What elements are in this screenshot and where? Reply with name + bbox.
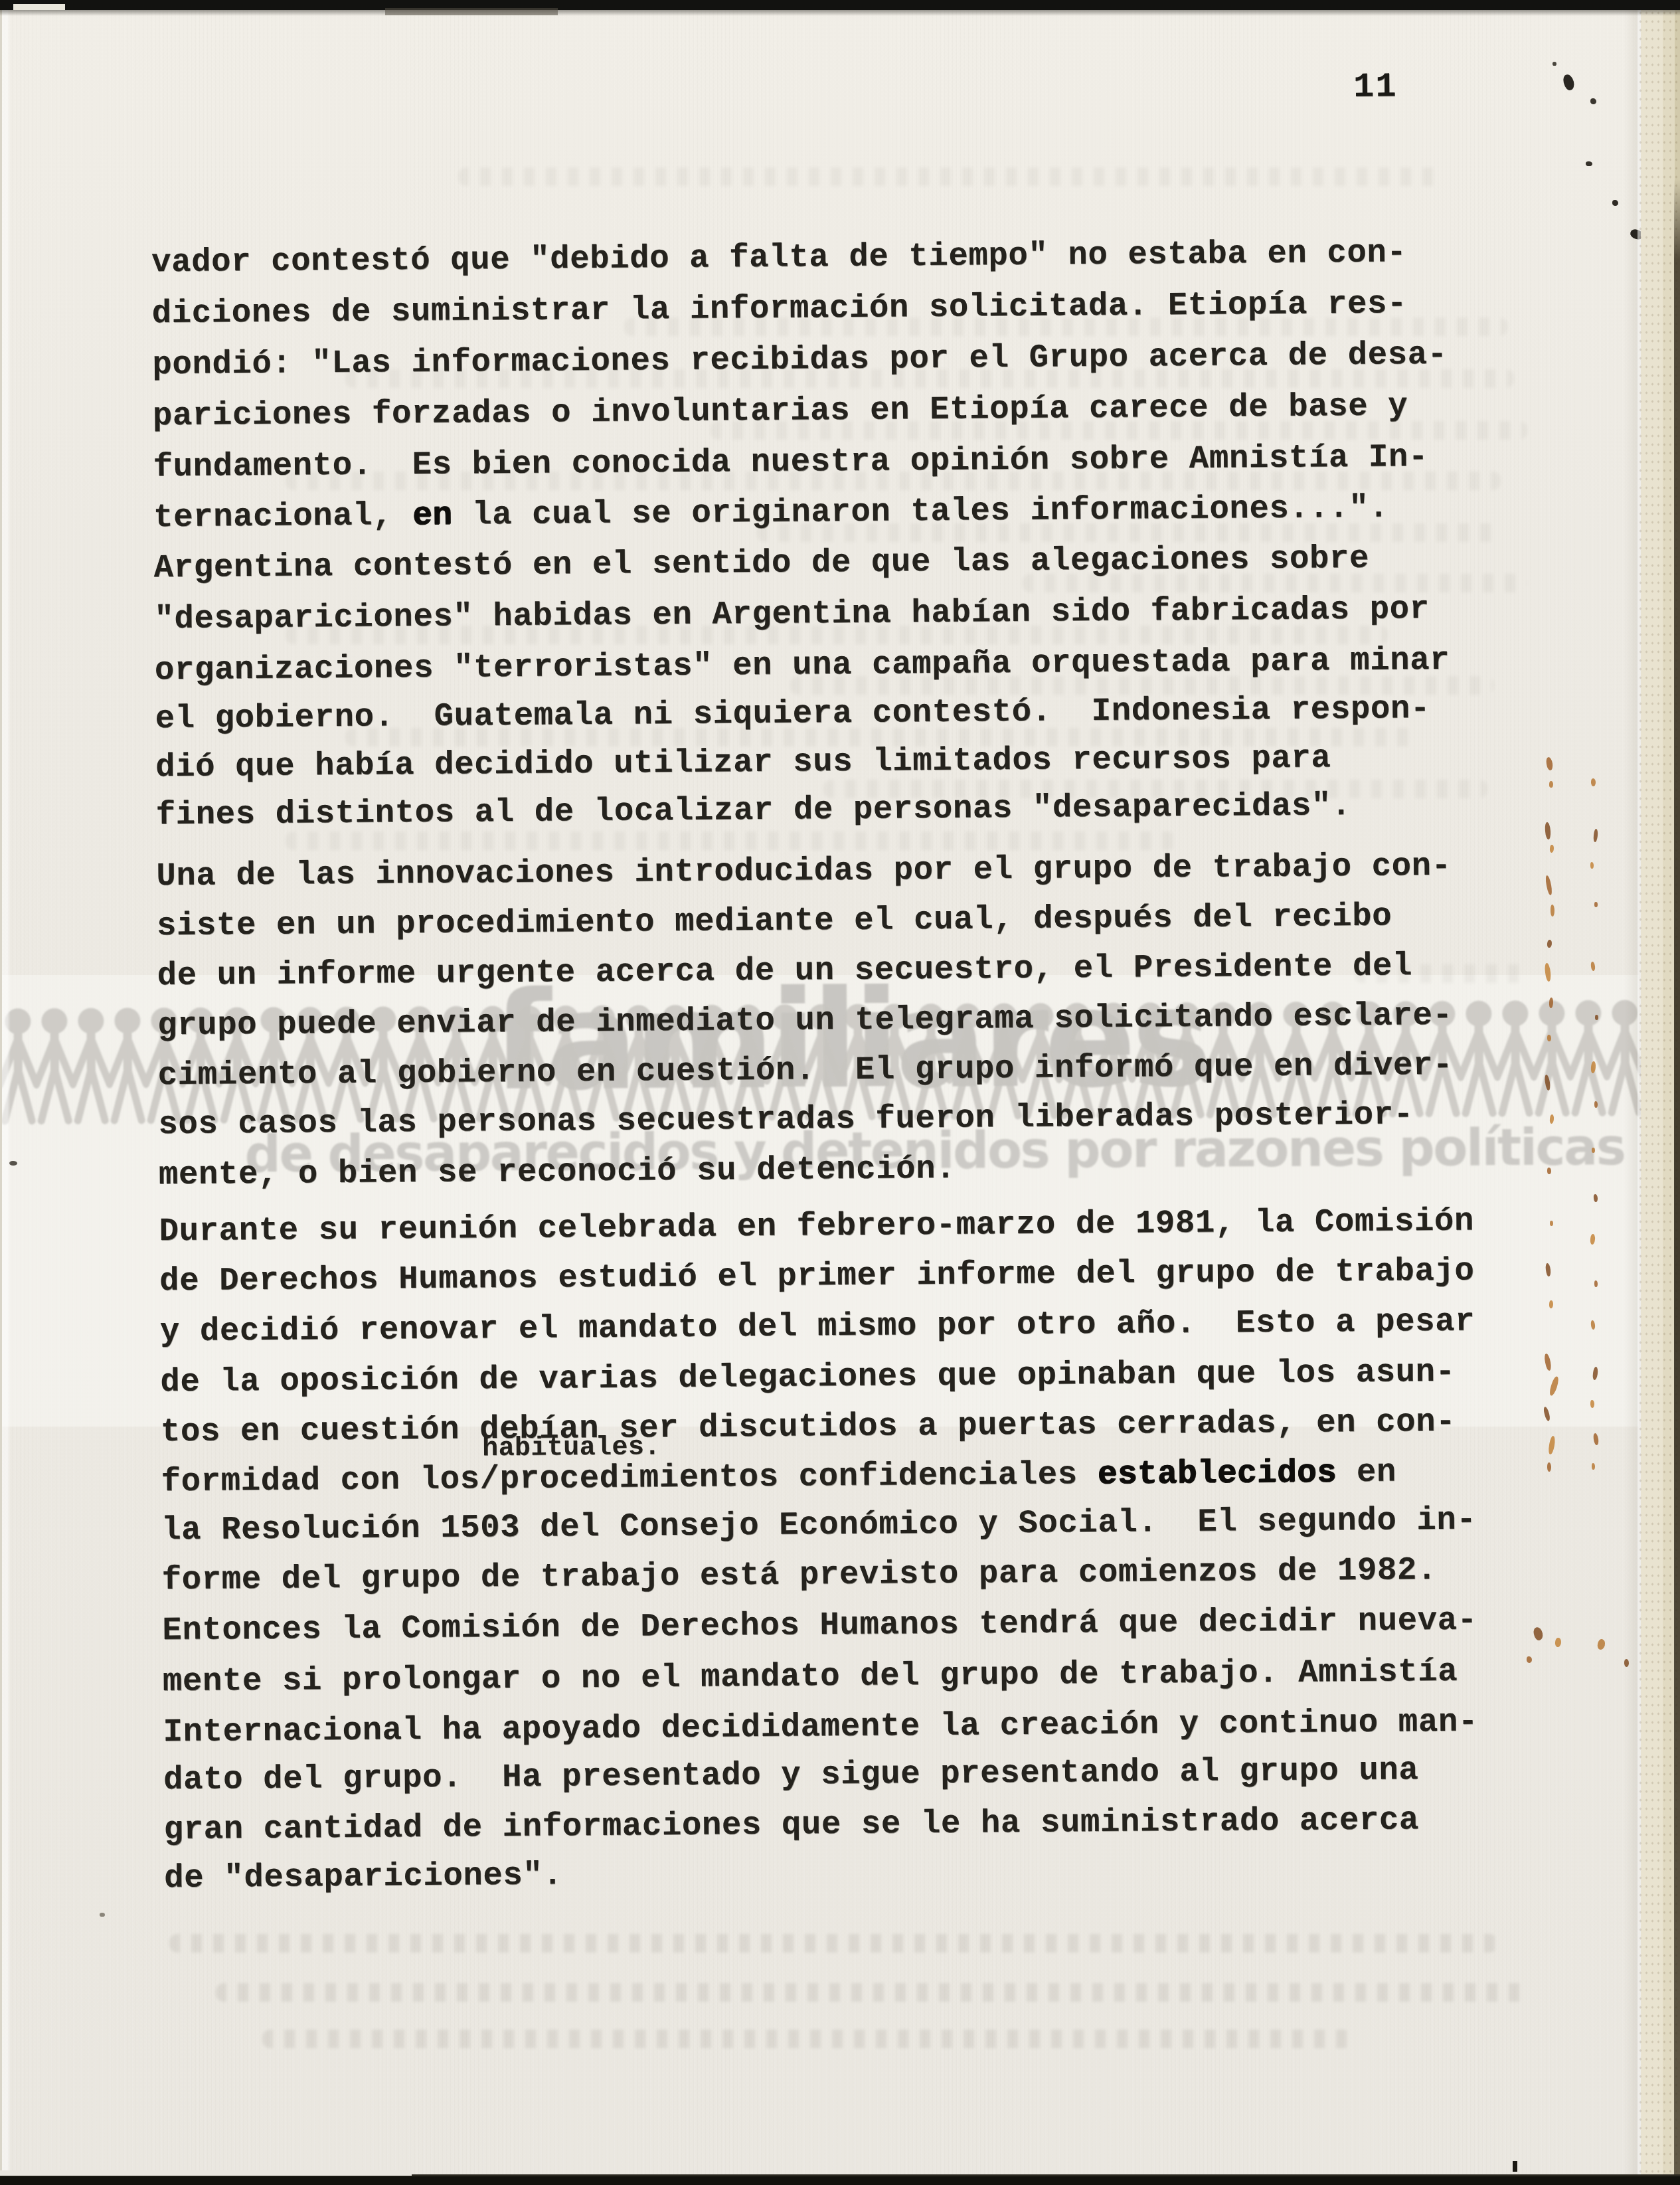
typed-line: tos en cuestión debían ser discutidos a …	[161, 1406, 1456, 1448]
scan-edge-bottom-thin	[0, 2170, 412, 2176]
scan-edge-top-blob	[385, 8, 558, 15]
typed-line: siste en un procedimiento mediante el cu…	[157, 901, 1392, 943]
typed-line: Argentina contestó en el sentido de que …	[154, 543, 1370, 584]
typed-line: Una de las innovaciones introducidas por…	[156, 850, 1452, 893]
typed-line: ternacional, en la cual se originaron ta…	[153, 492, 1389, 535]
typed-line: Internacional ha apoyado decididamente l…	[163, 1706, 1478, 1749]
typed-line: cimiento al gobierno en cuestión. El gru…	[158, 1049, 1454, 1092]
typed-line: de Derechos Humanos estudió el primer in…	[159, 1255, 1475, 1298]
page-number: 11	[1353, 70, 1398, 105]
typed-line: "desapariciones" habidas en Argentina ha…	[154, 593, 1430, 636]
scan-edge-bottom-spike	[1513, 2161, 1517, 2172]
typed-line: vador contestó que "debido a falta de ti…	[151, 236, 1407, 279]
typed-line: dato del grupo. Ha presentado y sigue pr…	[163, 1754, 1419, 1796]
typed-line: de la oposición de varias delegaciones q…	[160, 1356, 1456, 1399]
scan-edge-left	[0, 0, 11, 2185]
typed-line: y decidió renovar el mandato del mismo p…	[160, 1306, 1475, 1349]
typed-line: dió que había decidido utilizar sus limi…	[155, 742, 1331, 784]
scan-edge-top	[0, 0, 1680, 10]
typed-line: la Resolución 1503 del Consejo Económico…	[161, 1504, 1477, 1547]
typed-line: grupo puede enviar de inmediato un teleg…	[157, 1000, 1453, 1042]
scanned-document-page: familiares de desaparecidos y detenidos …	[0, 0, 1680, 2185]
typed-line: pondió: "Las informaciones recibidas por…	[152, 339, 1448, 381]
typed-line: de un informe urgente acerca de un secue…	[157, 950, 1412, 992]
typed-line: forme del grupo de trabajo está previsto…	[162, 1554, 1438, 1597]
scan-edge-top-notch	[13, 4, 65, 10]
typed-line: Durante su reunión celebrada en febrero-…	[159, 1205, 1474, 1249]
typed-line: mente si prolongar o no el mandato del g…	[163, 1656, 1458, 1698]
typed-line: de "desapariciones".	[164, 1859, 562, 1895]
typed-line: diciones de suministrar la información s…	[152, 288, 1408, 330]
scan-edge-right-dark	[1674, 179, 1680, 2185]
typed-line: mente, o bien se reconoció su detención.	[159, 1153, 956, 1191]
typed-line: organizaciones "terroristas" en una camp…	[155, 644, 1450, 687]
typed-line: el gobierno. Guatemala ni siquiera conte…	[155, 693, 1430, 735]
typed-line: fines distintos al de localizar de perso…	[155, 790, 1351, 831]
typed-line: sos casos las personas secuestradas fuer…	[158, 1098, 1414, 1141]
typed-line: formidad con los/procedimientos confiden…	[161, 1456, 1396, 1499]
typed-line: fundamento. Es bien conocida nuestra opi…	[153, 441, 1428, 483]
typed-text-layer: 11 habituales. vador contestó que "debid…	[0, 0, 1680, 2185]
typed-line: gran cantidad de informaciones que se le…	[163, 1804, 1419, 1846]
typed-line: Entonces la Comisión de Derechos Humanos…	[162, 1605, 1477, 1648]
typed-line: pariciones forzadas o involuntarias en E…	[153, 390, 1408, 432]
